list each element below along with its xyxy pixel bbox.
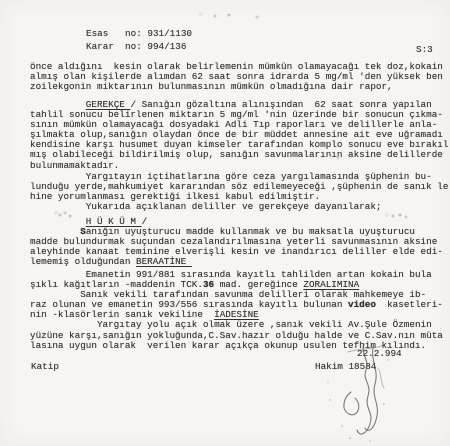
scan-speckle: [55, 212, 57, 214]
paragraph-report: önce aldığını kesin olarak belirlemenin …: [30, 62, 443, 92]
scan-speckle: [330, 156, 332, 158]
paragraph-hukum: H Ü K Ü M / Sanığın uyuşturucu madde kul…: [30, 217, 443, 267]
paragraph-yargitay-ilkesi: Yargıtayın içtihatlarına göre ceza yargı…: [30, 172, 448, 212]
clerk-label: Katip: [31, 362, 59, 372]
scanned-court-document: Esas no: 931/1130 Karar no: 994/136 S:3 …: [0, 0, 450, 446]
judge-signature-icon: [320, 338, 435, 444]
karar-number: Karar no: 994/136: [86, 42, 186, 52]
paragraph-gerekce: GEREKÇE / Sanığın gözaltına alınışından …: [30, 100, 448, 171]
text-line: zoilekgonin miktarının bulunmasının mümk…: [30, 82, 443, 92]
text-line: bulunmamaktadır.: [30, 161, 448, 171]
scan-speckle: [386, 214, 388, 216]
page-reference: S:3: [416, 45, 433, 55]
esas-number: Esas no: 931/1130: [86, 29, 192, 39]
scan-speckle: [200, 13, 202, 15]
text-line: lememiş olduğundan BERAATİNE: [30, 257, 443, 267]
text-line: Yukarıda açıklanan deliller ve gerekçeye…: [30, 202, 448, 212]
